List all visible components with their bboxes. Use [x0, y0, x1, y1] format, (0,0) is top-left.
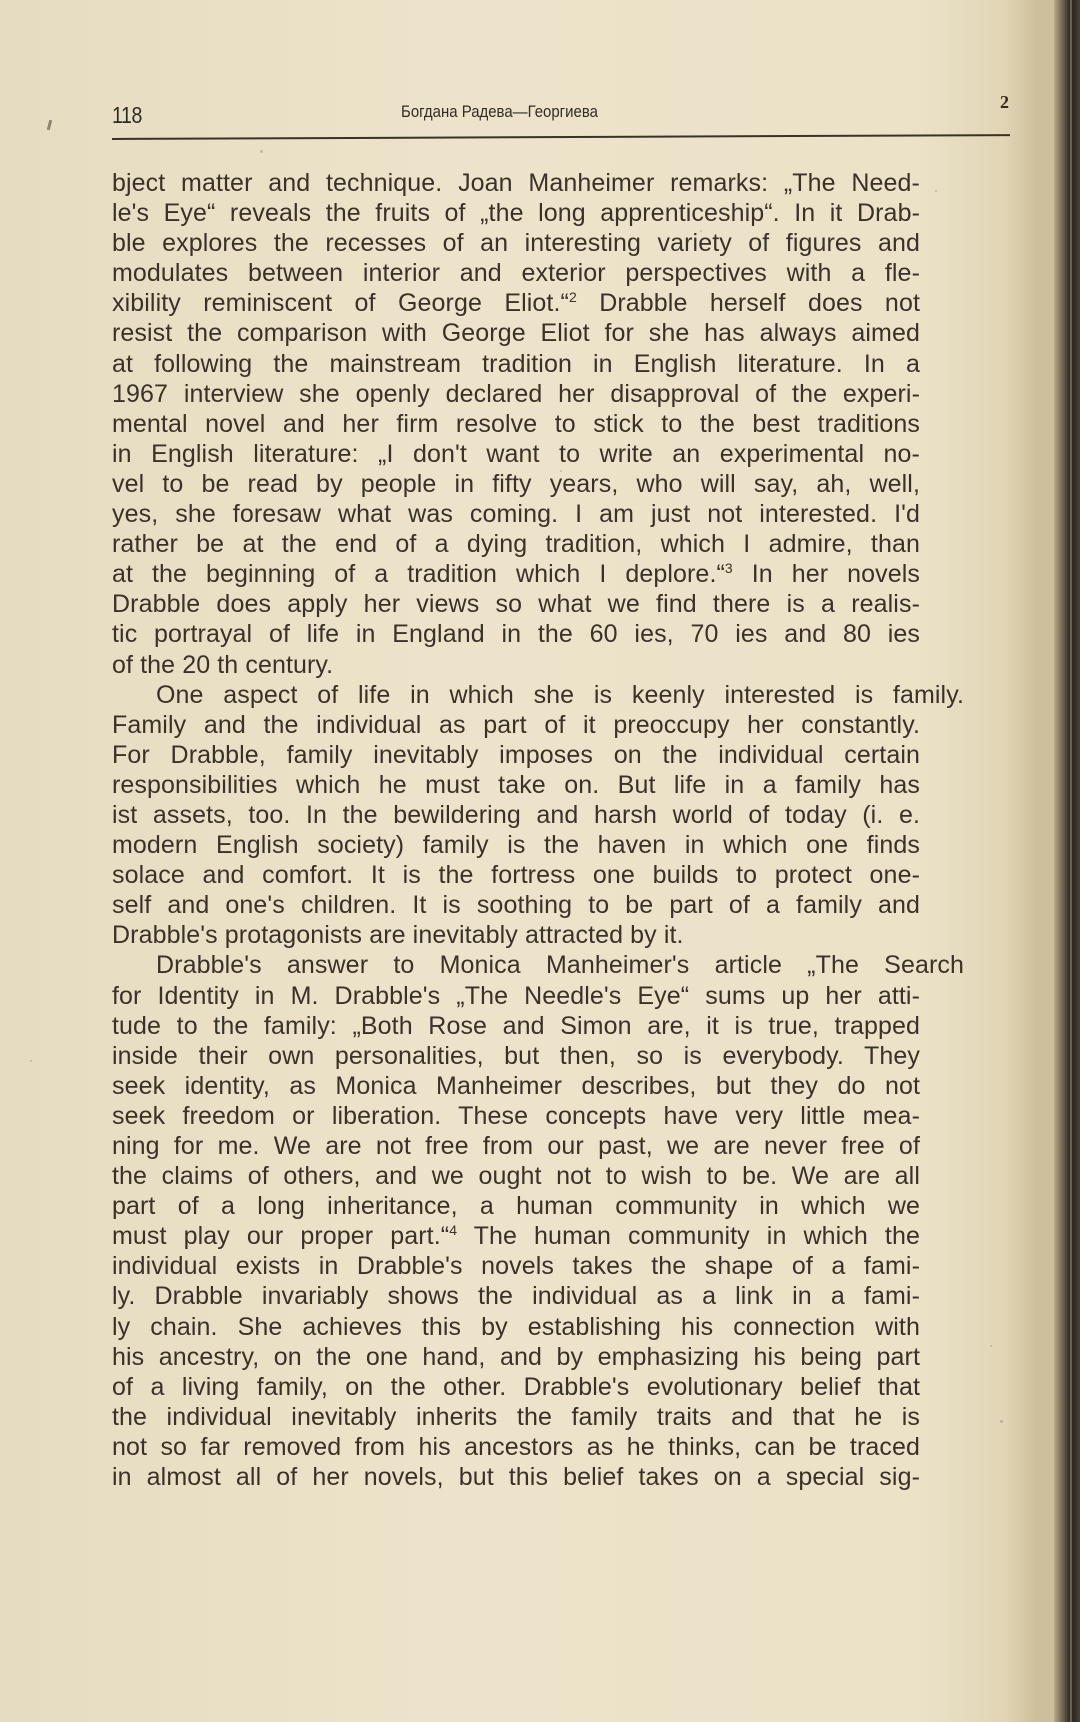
text-line: ble explores the recesses of an interest…	[112, 228, 920, 258]
text-line: self and one's children. It is soothing …	[112, 890, 920, 920]
text-line: rather be at the end of a dying traditio…	[112, 529, 920, 559]
text-line: vel to be read by people in fifty years,…	[112, 469, 920, 499]
text-line: for Identity in M. Drabble's „The Needle…	[112, 981, 920, 1011]
text-line: inside their own personalities, but then…	[112, 1041, 920, 1071]
text-line: le's Eye“ reveals the fruits of „the lon…	[112, 198, 920, 228]
text-line: solace and comfort. It is the fortress o…	[112, 860, 920, 890]
text-line: seek identity, as Monica Manheimer descr…	[112, 1071, 920, 1101]
text-line: xibility reminiscent of George Eliot.“2 …	[112, 288, 920, 318]
text-line: Drabble does apply her views so what we …	[112, 589, 920, 619]
footnote-reference: 2	[569, 289, 577, 305]
text-line: ist assets, too. In the bewildering and …	[112, 800, 920, 830]
paper-speck	[935, 190, 937, 192]
paper-speck	[1000, 1420, 1003, 1423]
paper-speck	[820, 1055, 822, 1057]
book-spine-shadow	[1054, 0, 1080, 1722]
text-line: bject matter and technique. Joan Manheim…	[112, 168, 920, 198]
text-line: his ancestry, on the one hand, and by em…	[112, 1342, 920, 1372]
text-line: Drabble's protagonists are inevitably at…	[112, 920, 1012, 950]
text-line: modulates between interior and exterior …	[112, 258, 920, 288]
text-line: yes, she foresaw what was coming. I am j…	[112, 499, 920, 529]
text-line: mental novel and her firm resolve to sti…	[112, 409, 920, 439]
text-line: at the beginning of a tradition which I …	[112, 559, 920, 589]
page-header: 118 Богдана Радева—Георгиева 2	[112, 92, 1012, 132]
text-line: in English literature: „I don't want to …	[112, 439, 920, 469]
text-line: resist the comparison with George Eliot …	[112, 318, 920, 348]
text-line: at following the mainstream tradition in…	[112, 349, 920, 379]
text-line: ning for me. We are not free from our pa…	[112, 1131, 920, 1161]
paper-speck	[30, 1060, 32, 1062]
paper-speck	[700, 230, 702, 232]
text-line: tic portrayal of life in England in the …	[112, 619, 920, 649]
footnote-reference: 4	[449, 1222, 457, 1238]
paper-speck	[360, 172, 362, 174]
body-text: bject matter and technique. Joan Manheim…	[112, 168, 1012, 1492]
text-line: of a living family, on the other. Drabbl…	[112, 1372, 920, 1402]
text-line: ly chain. She achieves this by establish…	[112, 1312, 920, 1342]
text-line: must play our proper part.“4 The human c…	[112, 1221, 920, 1251]
signature-mark: 2	[1000, 92, 1009, 113]
text-line: individual exists in Drabble's novels ta…	[112, 1251, 920, 1281]
text-line: of the 20 th century.	[112, 650, 1012, 680]
page-number: 118	[112, 102, 142, 129]
text-line: Family and the individual as part of it …	[112, 710, 920, 740]
paper-speck	[990, 1345, 992, 1347]
paper-speck	[260, 150, 263, 153]
text-line: in almost all of her novels, but this be…	[112, 1462, 920, 1492]
text-line: Drabble's answer to Monica Manheimer's a…	[112, 950, 964, 980]
text-line: part of a long inheritance, a human comm…	[112, 1191, 920, 1221]
text-line: not so far removed from his ancestors as…	[112, 1432, 920, 1462]
text-line: tude to the family: „Both Rose and Simon…	[112, 1011, 920, 1041]
book-spine-highlight	[1070, 0, 1072, 1722]
paper-speck	[560, 470, 562, 472]
text-line: the individual inevitably inherits the f…	[112, 1402, 920, 1432]
text-line: modern English society) family is the ha…	[112, 830, 920, 860]
footnote-reference: 3	[725, 560, 733, 576]
text-line: seek freedom or liberation. These concep…	[112, 1101, 920, 1131]
running-head-author: Богдана Радева—Георгиева	[401, 102, 598, 122]
text-line: ly. Drabble invariably shows the individ…	[112, 1281, 920, 1311]
text-line: One aspect of life in which she is keenl…	[112, 680, 964, 710]
text-line: For Drabble, family inevitably imposes o…	[112, 740, 920, 770]
text-line: 1967 interview she openly declared her d…	[112, 379, 920, 409]
text-line: responsibilities which he must take on. …	[112, 770, 920, 800]
text-line: the claims of others, and we ought not t…	[112, 1161, 920, 1191]
